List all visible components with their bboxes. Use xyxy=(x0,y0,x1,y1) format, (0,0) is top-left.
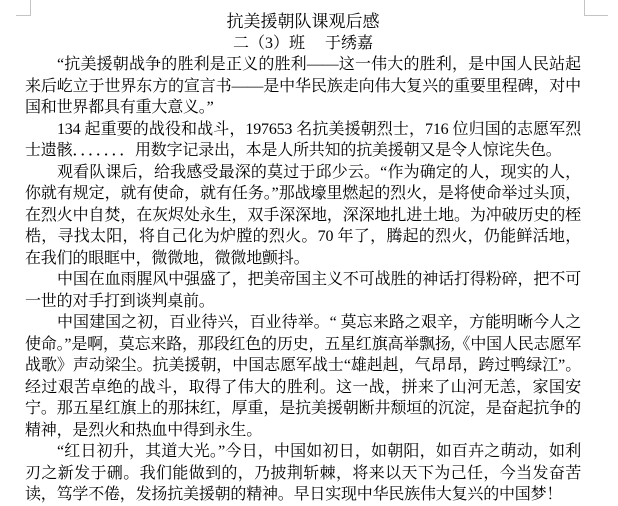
paragraph-1: “抗美援朝战争的胜利是正义的胜利——这一伟大的胜利，是中国人民站起来后屹立于世界… xyxy=(25,54,581,119)
paragraph-3: 观看队课后，给我感受最深的莫过于邱少云。“作为确定的人，现实的人，你就有规定，就… xyxy=(25,162,581,270)
crop-mark-top-right xyxy=(584,0,608,16)
document-title: 抗美援朝队课观后感 xyxy=(25,11,581,33)
paragraph-6: “红日初升，其道大光。”今日，中国如初日，如朝阳，如百卉之萌动，如利刃之新发于硎… xyxy=(25,441,581,506)
paragraph-2: 134 起重要的战役和战斗，197653 名抗美援朝烈士，716 位归国的志愿军… xyxy=(25,119,581,162)
paragraph-4: 中国在血雨腥风中强盛了，把美帝国主义不可战胜的神话打得粉碎，把不可一世的对手打到… xyxy=(25,269,581,312)
document-page: 抗美援朝队课观后感 二（3）班 于绣嘉 “抗美援朝战争的胜利是正义的胜利——这一… xyxy=(0,0,618,506)
document-content: 抗美援朝队课观后感 二（3）班 于绣嘉 “抗美援朝战争的胜利是正义的胜利——这一… xyxy=(25,11,581,506)
paragraph-5: 中国建国之初，百业待兴，百业待举。“ 莫忘来路之艰辛，方能明晰今人之使命。”是啊… xyxy=(25,312,581,441)
document-body: “抗美援朝战争的胜利是正义的胜利——这一伟大的胜利，是中国人民站起来后屹立于世界… xyxy=(25,54,581,506)
document-byline: 二（3）班 于绣嘉 xyxy=(25,33,581,55)
